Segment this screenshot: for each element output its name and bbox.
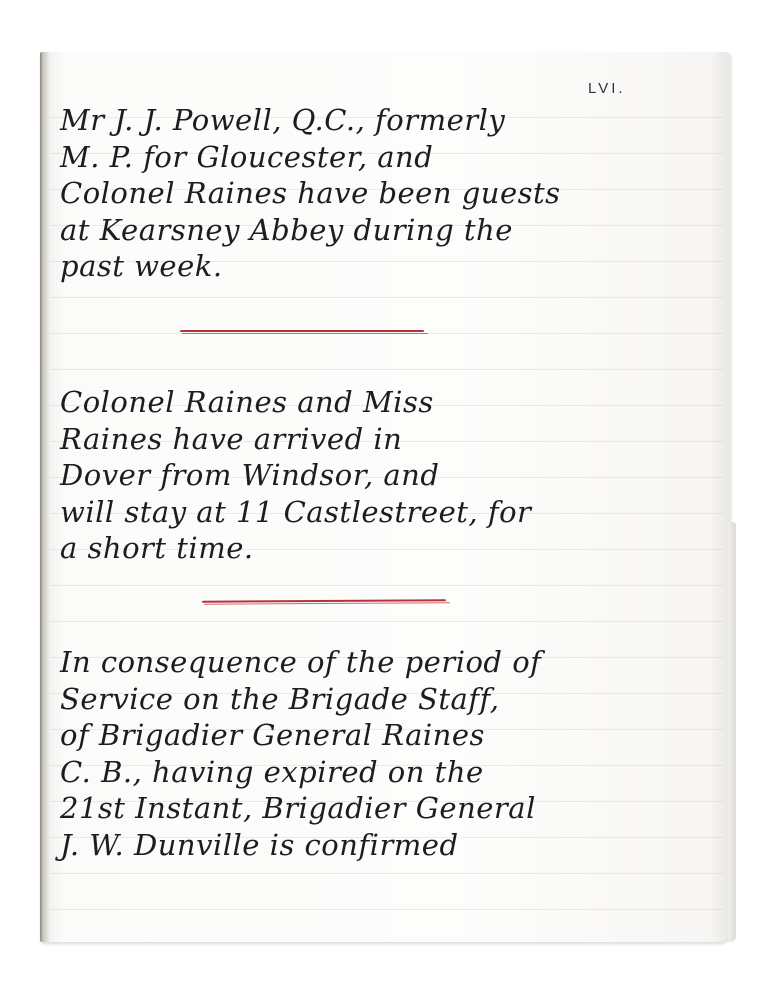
entry-line: M. P. for Gloucester, and	[60, 139, 720, 176]
red-divider	[202, 599, 446, 604]
entry-line: past week.	[60, 248, 720, 285]
entry-line: Raines have arrived in	[60, 421, 720, 458]
entry-line: Dover from Windsor, and	[60, 457, 720, 494]
entry-line: In consequence of the period of	[60, 644, 720, 681]
divider-rule	[204, 602, 450, 605]
page-number: LVI.	[588, 80, 626, 97]
notebook-page: LVI. Mr J. J. Powell, Q.C., formerly M. …	[40, 52, 730, 942]
page-edge	[728, 522, 736, 942]
entry-brigade-staff: In consequence of the period of Service …	[60, 644, 720, 863]
entry-line: a short time.	[60, 530, 720, 567]
entry-line: C. B., having expired on the	[60, 754, 720, 791]
entry-line: 21st Instant, Brigadier General	[60, 790, 720, 827]
entry-line: Colonel Raines have been guests	[60, 175, 720, 212]
entry-powell-raines-guests: Mr J. J. Powell, Q.C., formerly M. P. fo…	[60, 102, 720, 285]
red-divider	[180, 330, 424, 334]
entry-line: Mr J. J. Powell, Q.C., formerly	[60, 102, 720, 139]
entry-raines-arrived-dover: Colonel Raines and Miss Raines have arri…	[60, 384, 720, 567]
entry-line: at Kearsney Abbey during the	[60, 212, 720, 249]
entry-line: of Brigadier General Raines	[60, 717, 720, 754]
entry-line: will stay at 11 Castlestreet, for	[60, 494, 720, 531]
entry-line: Service on the Brigade Staff,	[60, 681, 720, 718]
entry-line: J. W. Dunville is confirmed	[60, 827, 720, 864]
entry-line: Colonel Raines and Miss	[60, 384, 720, 421]
divider-rule	[182, 333, 428, 334]
divider-rule	[180, 330, 424, 332]
